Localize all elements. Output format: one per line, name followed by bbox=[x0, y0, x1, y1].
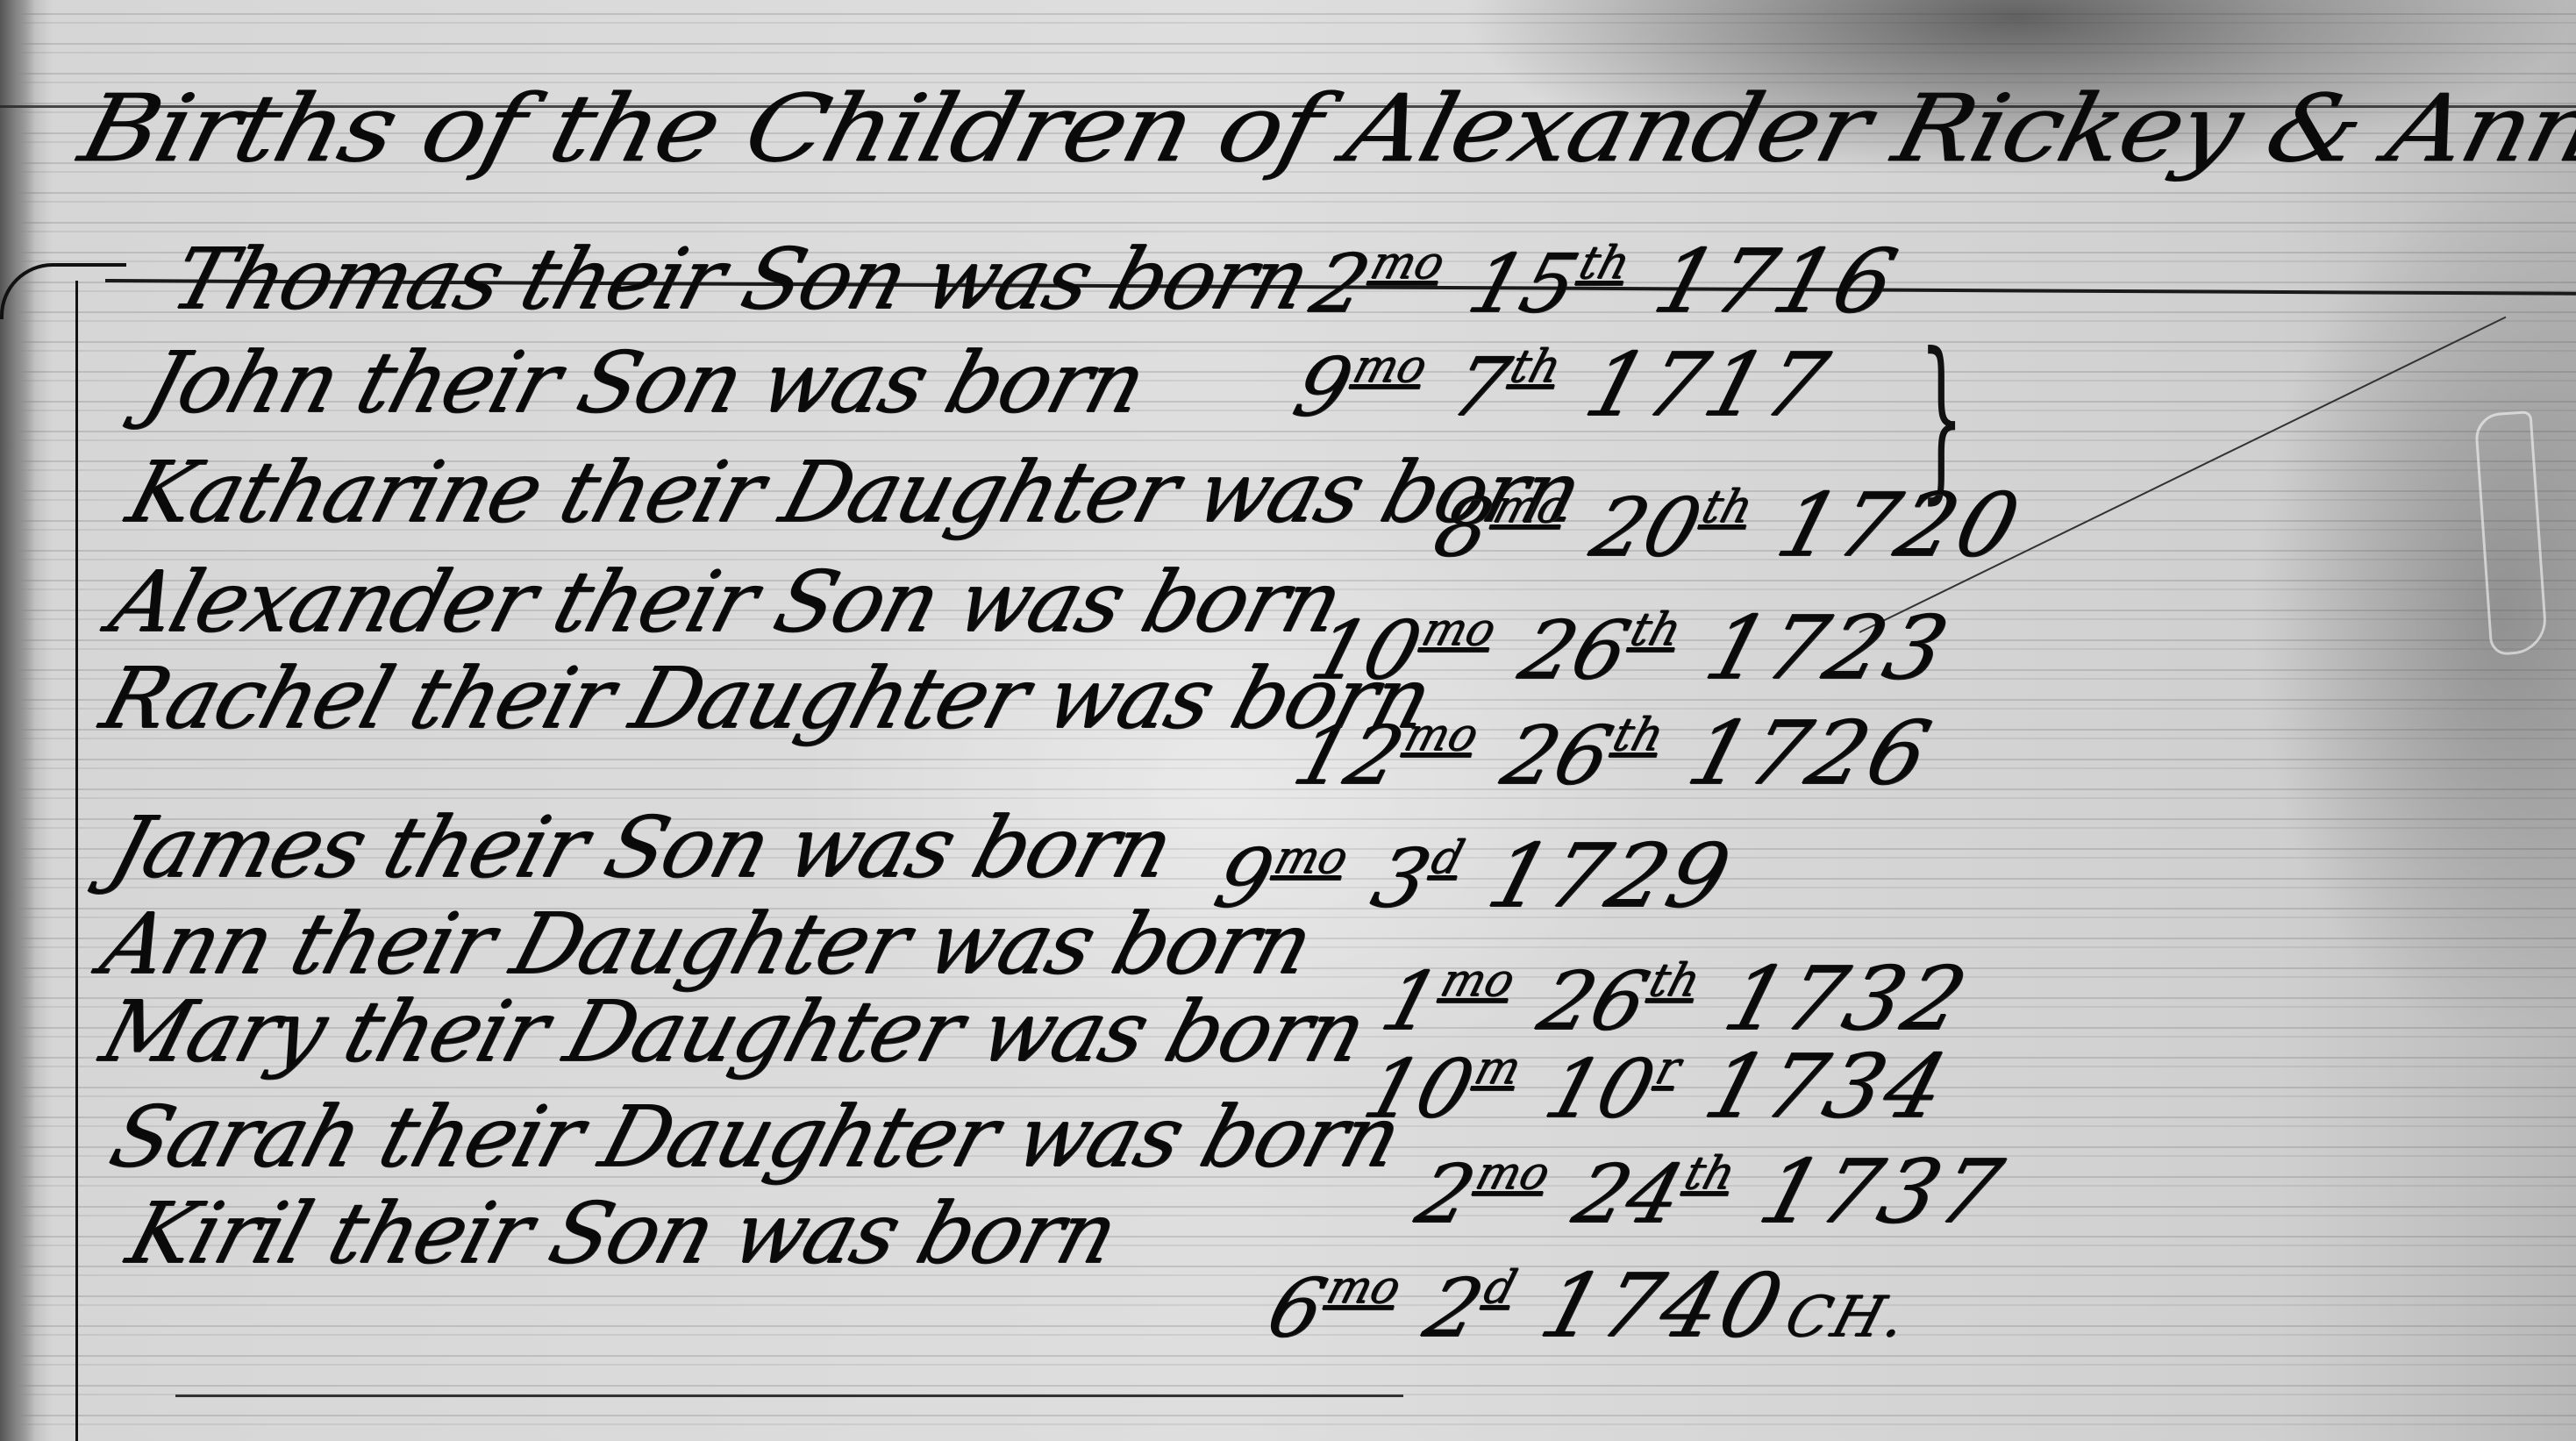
entry-year: 1720 bbox=[1766, 474, 2033, 576]
entry-year: 1717 bbox=[1574, 333, 1841, 436]
entry-year: 1737 bbox=[1749, 1140, 2016, 1243]
birth-entry: Kiril their Son was born bbox=[132, 1184, 1113, 1282]
birth-entry: Mary their Daughter was born bbox=[105, 982, 1361, 1081]
birth-entry: Rachel their Daughter was born bbox=[105, 649, 1427, 747]
entry-month: 2mo bbox=[1407, 1147, 1556, 1241]
entry-month: 1mo bbox=[1372, 954, 1521, 1048]
birth-entry: Sarah their Daughter was born bbox=[114, 1088, 1396, 1186]
birth-entry: James their Son was born bbox=[114, 798, 1168, 896]
entry-day: 2d bbox=[1415, 1261, 1523, 1355]
entry-month: 8mo bbox=[1424, 481, 1573, 574]
entry-year: 1729 bbox=[1477, 824, 1744, 927]
entry-text: Katharine their Daughter was born bbox=[118, 443, 1591, 541]
entry-month: 2mo bbox=[1302, 237, 1451, 331]
birth-entry: Alexander their Son was born bbox=[114, 553, 1338, 651]
birth-entry: John their Son was born bbox=[149, 333, 1141, 432]
page-edge-shadow bbox=[0, 0, 35, 1441]
entry-month: 9mo bbox=[1284, 340, 1433, 434]
entry-day: 26th bbox=[1529, 954, 1706, 1048]
entry-text: Thomas their Son was born bbox=[161, 230, 1319, 328]
entry-text: Rachel their Daughter was born bbox=[91, 649, 1441, 747]
entry-text: Mary their Daughter was born bbox=[91, 982, 1375, 1081]
entry-day: 26th bbox=[1510, 603, 1688, 697]
manuscript-page: } Births of the Children of Alexander Ri… bbox=[0, 0, 2576, 1441]
entry-text: James their Son was born bbox=[100, 798, 1182, 896]
entry-text: Sarah their Daughter was born bbox=[100, 1088, 1410, 1186]
entry-text: Ann their Daughter was born bbox=[91, 895, 1322, 993]
entry-annotation: CH. bbox=[1778, 1285, 1916, 1350]
faded-margin-mark bbox=[2473, 410, 2548, 656]
birth-entry: Katharine their Daughter was born bbox=[132, 443, 1577, 541]
entry-year: 1740CH. bbox=[1530, 1254, 1925, 1357]
entry-year: 1734 bbox=[1695, 1035, 1961, 1138]
entry-day: 20th bbox=[1581, 481, 1759, 574]
entry-text: Alexander their Son was born bbox=[100, 553, 1352, 651]
entry-year: 1726 bbox=[1677, 702, 1944, 804]
entry-year: 1723 bbox=[1695, 596, 1961, 699]
entry-year: 1716 bbox=[1644, 230, 1910, 332]
entry-day: 7th bbox=[1441, 340, 1567, 434]
entry-day: 24th bbox=[1564, 1147, 1741, 1241]
entry-text: Kiril their Son was born bbox=[118, 1184, 1127, 1282]
entry-month: 12mo bbox=[1284, 709, 1484, 803]
entry-day: 10r bbox=[1535, 1042, 1687, 1136]
entry-text: John their Son was born bbox=[135, 333, 1155, 432]
margin-line bbox=[75, 281, 78, 1441]
entry-day: 15th bbox=[1459, 237, 1636, 331]
entry-month: 6mo bbox=[1258, 1261, 1407, 1355]
birth-entry: Ann their Daughter was born bbox=[105, 895, 1308, 993]
birth-entry: Thomas their Son was born bbox=[175, 230, 1305, 328]
entry-day: 3d bbox=[1362, 831, 1470, 925]
entry-day: 26th bbox=[1493, 709, 1670, 803]
page-title: Births of the Children of Alexander Rick… bbox=[70, 74, 2576, 182]
ruled-line-bottom bbox=[175, 1395, 1403, 1397]
